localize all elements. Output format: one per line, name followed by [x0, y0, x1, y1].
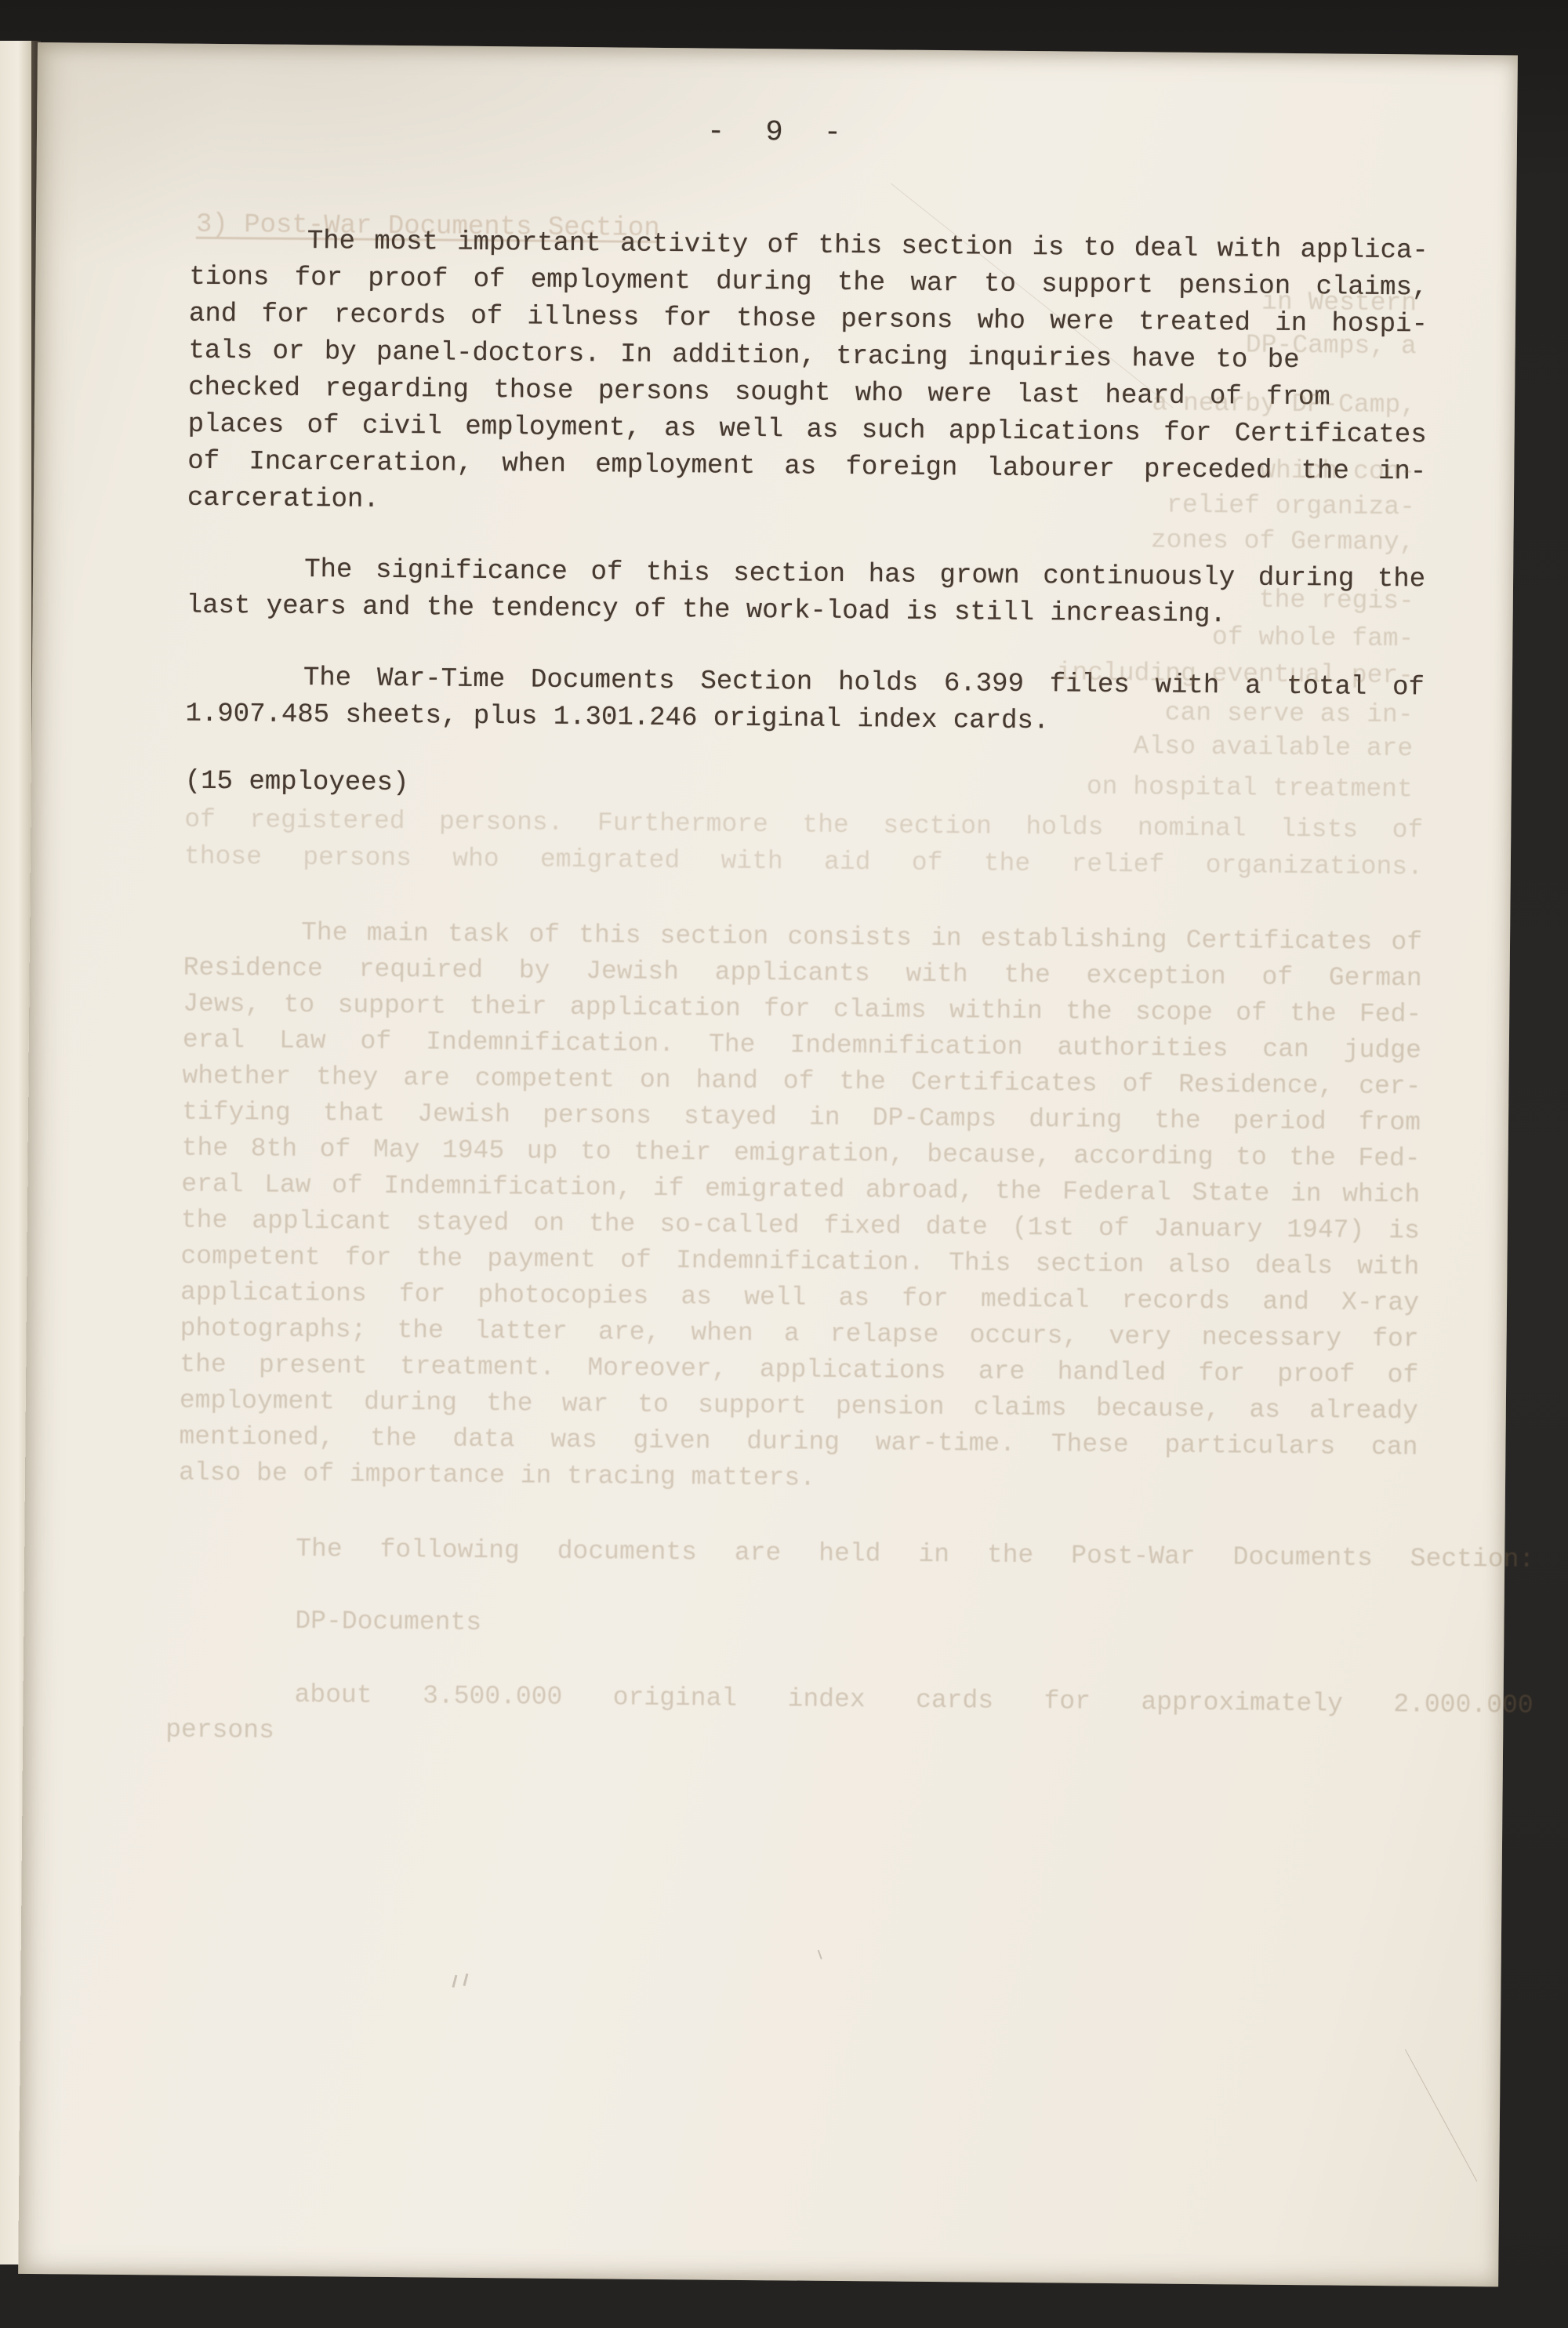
ghost-fragment: DP-Camps, a	[1246, 330, 1417, 361]
ghost-fragment: on hospital treatment	[1087, 772, 1413, 804]
ghost-fragment: of whole fam-	[1212, 623, 1414, 653]
pencil-mark	[818, 1950, 822, 1959]
ghost-fragment: which con-	[1260, 456, 1415, 487]
ghost-index-cards-line2: persons	[165, 1716, 1404, 1756]
ghost-fragment: the regis-	[1259, 586, 1414, 616]
ghost-fragment: relief organiza-	[1167, 491, 1415, 522]
scratch-line	[1405, 2049, 1477, 2181]
pencil-mark	[463, 1974, 469, 1986]
paragraph-1: The most important activity of this sect…	[187, 223, 1428, 528]
scanner-backdrop: 3) Post-War Documents Section - 9 - The …	[0, 0, 1568, 2328]
ghost-line: those persons who emigrated with aid of …	[184, 842, 1423, 882]
page-content-layer: 3) Post-War Documents Section - 9 - The …	[18, 42, 1518, 2286]
ghost-dp-documents-label: DP-Documents	[177, 1606, 1534, 1647]
page-number: - 9 -	[37, 110, 1517, 155]
ghost-fragment: Also available are	[1134, 732, 1414, 763]
ghost-fragment: zones of Germany,	[1151, 525, 1415, 557]
ghost-fragment: a nearby DP-Camp,	[1152, 388, 1416, 419]
ghost-fragment: in Western	[1261, 288, 1417, 318]
ghost-index-cards-line: about 3.500.000 original index cards for…	[176, 1680, 1533, 1720]
ghost-fragment: can serve as in-	[1165, 699, 1414, 730]
ghost-line: of registered persons. Furthermore the s…	[184, 805, 1423, 845]
ghost-following-line: The following documents are held in the …	[178, 1534, 1534, 1574]
scanned-page: 3) Post-War Documents Section - 9 - The …	[18, 42, 1518, 2286]
ghost-paragraph: The main task of this section consists i…	[179, 914, 1422, 1502]
pencil-mark	[452, 1975, 457, 1988]
ghost-fragment: including eventual per-	[1056, 658, 1414, 690]
